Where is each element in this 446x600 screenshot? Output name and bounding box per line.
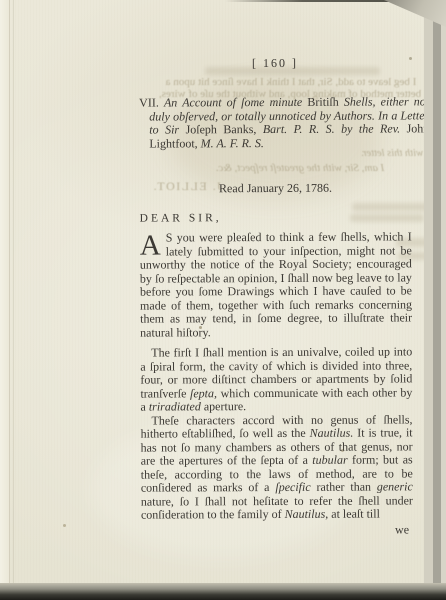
text-segment: rather than (311, 480, 377, 494)
text-segment: Britiſh (307, 95, 338, 109)
bottom-book-edge (0, 583, 446, 600)
italic-term: ſepta, (190, 386, 217, 400)
text-segment: , at leaſt till (325, 507, 380, 521)
italic-term: Bart. P. R. S. by the Rev. (256, 122, 406, 137)
text-segment: Joſeph Banks, (186, 122, 257, 136)
page-number: [ 160 ] (139, 55, 411, 71)
scanned-book-photo: I beg leave to add, Sir, that I think I … (0, 0, 446, 600)
italic-term: ſpecific (275, 480, 310, 494)
catchword: we (141, 522, 413, 538)
read-date: Read January 26, 1786. (139, 181, 411, 197)
italic-term: tubular (312, 453, 347, 467)
italic-term: triradiated (149, 400, 201, 414)
paragraph: AS you were pleaſed to think a few ſhell… (140, 231, 412, 340)
paragraph: The firſt I ſhall mention is an univalve… (140, 346, 412, 415)
text-segment: VII. (139, 95, 164, 109)
foxing-speck (63, 524, 66, 527)
paragraph: Theſe characters accord with no genus of… (141, 413, 413, 522)
right-page-edge (424, 0, 433, 585)
right-page-edge-shadow (433, 0, 441, 585)
text-block: [ 160 ] VII. An Account of ſome minute B… (139, 55, 413, 538)
italic-term: Nautilus (285, 507, 326, 521)
salutation: DEAR SIR, (140, 212, 412, 225)
italic-term: generic (377, 480, 413, 494)
article-title: VII. An Account of ſome minute Britiſh S… (139, 95, 429, 151)
page-crease (13, 0, 14, 585)
italic-term: An Account of ſome minute (164, 95, 307, 110)
letter-body: AS you were pleaſed to think a few ſhell… (140, 231, 413, 523)
italic-term: M. A. F. R. S. (198, 136, 264, 150)
text-segment: aperture. (201, 400, 246, 414)
left-page-edge (0, 0, 10, 585)
right-underpage-edge (441, 0, 446, 585)
italic-term: Nautilus. (310, 426, 354, 440)
text-segment: S you were pleaſed to think a few ſhells… (140, 230, 412, 340)
drop-cap: A (140, 232, 166, 258)
